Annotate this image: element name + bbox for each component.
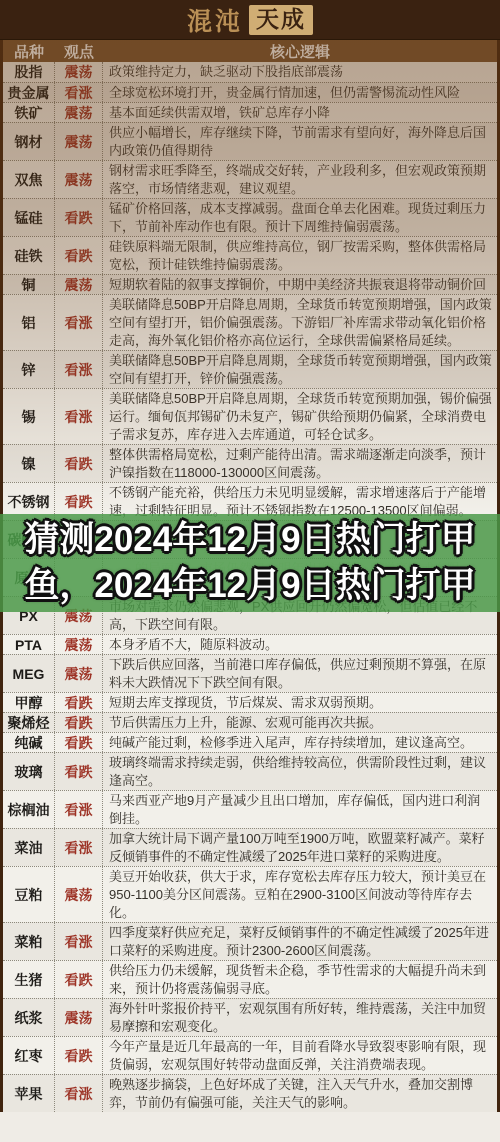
variety-cell: 菜油 xyxy=(3,829,55,866)
view-cell: 看跌 xyxy=(55,733,103,752)
core-logic-cell: 四季度菜籽供应充足，菜籽反倾销事件的不确定性减缓了2025年进口菜籽的采购进度。… xyxy=(103,923,497,960)
core-logic-cell: 供给压力仍未缓解，现货暂未企稳，季节性需求的大幅提升尚未到来，预计仍将震荡偏弱寻… xyxy=(103,961,497,998)
table-row: 锌看涨美联储降息50BP开启降息周期，全球货币转宽预期增强，国内政策空间有望打开… xyxy=(3,350,497,388)
variety-cell: 玻璃 xyxy=(3,753,55,790)
variety-cell: MEG xyxy=(3,655,55,692)
table-row: 生猪看跌供给压力仍未缓解，现货暂未企稳，季节性需求的大幅提升尚未到来，预计仍将震… xyxy=(3,960,497,998)
table-row: 豆粕震荡美豆开始收获，供大于求，库存宽松去库存压力较大，预计美豆在950-110… xyxy=(3,866,497,922)
variety-cell: 纯碱 xyxy=(3,733,55,752)
table-row: 双焦震荡钢材需求旺季降至，终端成交好转，产业段利多，但宏观政策预期落空，市场情绪… xyxy=(3,160,497,198)
core-logic-cell: 美联储降息50BP开启降息周期，全球货币转宽预期增强，国内政策空间有望打开，锌价… xyxy=(103,351,497,388)
table-row: 甲醇看跌短期去库支撑现货，节后煤炭、需求双弱预期。 xyxy=(3,692,497,712)
table-row: 铜震荡短期软着陆的叙事支撑铜价，中期中美经济共振衰退将带动铜价回落 xyxy=(3,274,497,294)
watermark-overlay: 猜测2024年12月9日热门打甲 鱼，2024年12月9日热门打甲 xyxy=(0,514,500,612)
variety-cell: 生猪 xyxy=(3,961,55,998)
table-row: 菜粕看涨四季度菜籽供应充足，菜籽反倾销事件的不确定性减缓了2025年进口菜籽的采… xyxy=(3,922,497,960)
view-cell: 看跌 xyxy=(55,445,103,482)
core-logic-cell: 下跌后供应回落，当前港口库存偏低，供应过剩预期不算强，在原料未大跌情况下下跌空间… xyxy=(103,655,497,692)
variety-cell: 贵金属 xyxy=(3,83,55,102)
view-cell: 震荡 xyxy=(55,275,103,294)
core-logic-cell: 短期去库支撑现货，节后煤炭、需求双弱预期。 xyxy=(103,693,497,712)
core-logic-cell: 马来西亚产地9月产量减少且出口增加，库存偏低，国内进口利润倒挂。 xyxy=(103,791,497,828)
variety-cell: 铁矿 xyxy=(3,103,55,122)
variety-cell: 甲醇 xyxy=(3,693,55,712)
table-row: 菜油看涨加拿大统计局下调产量100万吨至1900万吨，欧盟菜籽减产。菜籽反倾销事… xyxy=(3,828,497,866)
core-logic-cell: 供应小幅增长，库存继续下降，节前需求有望向好，海外降息后国内政策仍值得期待 xyxy=(103,123,497,160)
core-logic-cell: 海外针叶浆报价持平，宏观氛围有所好转，维持震荡，关注中加贸易摩擦和宏观变化。 xyxy=(103,999,497,1036)
view-cell: 看涨 xyxy=(55,791,103,828)
brand-banner: 混沌 天成 xyxy=(0,0,500,40)
view-cell: 看涨 xyxy=(55,295,103,350)
core-logic-cell: 基本面延续供需双增，铁矿总库存小降 xyxy=(103,103,497,122)
table-row: MEG震荡下跌后供应回落，当前港口库存偏低，供应过剩预期不算强，在原料未大跌情况… xyxy=(3,654,497,692)
table-row: 锰硅看跌锰矿价格回落，成本支撑减弱。盘面仓单去化困难。现货过剩压力下，节前补库动… xyxy=(3,198,497,236)
watermark-line1: 猜测2024年12月9日热门打甲 xyxy=(24,517,475,563)
variety-cell: 锌 xyxy=(3,351,55,388)
table-row: PTA震荡本身矛盾不大，随原料波动。 xyxy=(3,634,497,654)
variety-cell: 钢材 xyxy=(3,123,55,160)
table-row: 铝看涨美联储降息50BP开启降息周期，全球货币转宽预期增强，国内政策空间有望打开… xyxy=(3,294,497,350)
variety-cell: 硅铁 xyxy=(3,237,55,274)
view-cell: 震荡 xyxy=(55,867,103,922)
core-logic-cell: 晚熟逐步摘袋，上色好坏成了关键，注入天气升水，叠加交割博弈，节前仍有偏强可能，关… xyxy=(103,1075,497,1112)
variety-cell: 聚烯烃 xyxy=(3,713,55,732)
variety-cell: 苹果 xyxy=(3,1075,55,1112)
core-logic-cell: 玻璃终端需求持续走弱，供给维持较高位，供需阶段性过剩，建议逢高空。 xyxy=(103,753,497,790)
table-row: 棕榈油看涨马来西亚产地9月产量减少且出口增加，库存偏低，国内进口利润倒挂。 xyxy=(3,790,497,828)
core-logic-cell: 美联储降息50BP开启降息周期，全球货币转宽预期加强，锡价偏强运行。缅甸佤邦锡矿… xyxy=(103,389,497,444)
header-core-logic: 核心逻辑 xyxy=(103,41,497,62)
table-row: 铁矿震荡基本面延续供需双增，铁矿总库存小降 xyxy=(3,102,497,122)
core-logic-cell: 短期软着陆的叙事支撑铜价，中期中美经济共振衰退将带动铜价回落 xyxy=(103,275,497,294)
variety-cell: 锰硅 xyxy=(3,199,55,236)
core-logic-cell: 锰矿价格回落，成本支撑减弱。盘面仓单去化困难。现货过剩压力下，节前补库动作也有限… xyxy=(103,199,497,236)
table-row: 股指震荡政策维持定力，缺乏驱动下股指底部震荡 xyxy=(3,62,497,82)
view-cell: 震荡 xyxy=(55,635,103,654)
view-cell: 震荡 xyxy=(55,103,103,122)
view-cell: 看涨 xyxy=(55,923,103,960)
variety-cell: 棕榈油 xyxy=(3,791,55,828)
brand-logo-seal: 天成 xyxy=(249,5,313,35)
table-row: 镍看跌整体供需格局宽松，过剩产能待出清。需求端逐渐走向淡季，预计沪镍指数在118… xyxy=(3,444,497,482)
variety-cell: 股指 xyxy=(3,62,55,82)
view-cell: 震荡 xyxy=(55,62,103,82)
core-logic-cell: 硅铁原料端无限制，供应维持高位，钢厂按需采购，整体供需格局宽松，预计硅铁维持偏弱… xyxy=(103,237,497,274)
view-cell: 看涨 xyxy=(55,351,103,388)
table-row: 纯碱看跌纯碱产能过剩，检修季进入尾声，库存持续增加，建议逢高空。 xyxy=(3,732,497,752)
core-logic-cell: 今年产量是近几年最高的一年，目前看降水导致裂枣影响有限，现货偏弱，宏观氛围好转带… xyxy=(103,1037,497,1074)
core-logic-cell: 钢材需求旺季降至，终端成交好转，产业段利多，但宏观政策预期落空，市场情绪悲观，建… xyxy=(103,161,497,198)
core-logic-cell: 本身矛盾不大，随原料波动。 xyxy=(103,635,497,654)
variety-cell: 锡 xyxy=(3,389,55,444)
table-row: 苹果看涨晚熟逐步摘袋，上色好坏成了关键，注入天气升水，叠加交割博弈，节前仍有偏强… xyxy=(3,1074,497,1112)
table-row: 红枣看跌今年产量是近几年最高的一年，目前看降水导致裂枣影响有限，现货偏弱，宏观氛… xyxy=(3,1036,497,1074)
view-cell: 看跌 xyxy=(55,713,103,732)
watermark-line2: 鱼，2024年12月9日热门打甲 xyxy=(24,563,475,609)
table-row: 锡看涨美联储降息50BP开启降息周期，全球货币转宽预期加强，锡价偏强运行。缅甸佤… xyxy=(3,388,497,444)
view-cell: 看涨 xyxy=(55,1075,103,1112)
variety-cell: 豆粕 xyxy=(3,867,55,922)
variety-cell: 铜 xyxy=(3,275,55,294)
table-header: 品种 观点 核心逻辑 xyxy=(0,40,500,62)
core-logic-cell: 全球宽松环境打开，贵金属行情加速，但仍需警惕流动性风险 xyxy=(103,83,497,102)
view-cell: 看跌 xyxy=(55,199,103,236)
table-row: 钢材震荡供应小幅增长，库存继续下降，节前需求有望向好，海外降息后国内政策仍值得期… xyxy=(3,122,497,160)
view-cell: 看涨 xyxy=(55,829,103,866)
variety-cell: 镍 xyxy=(3,445,55,482)
table-row: 贵金属看涨全球宽松环境打开，贵金属行情加速，但仍需警惕流动性风险 xyxy=(3,82,497,102)
view-cell: 看跌 xyxy=(55,753,103,790)
table-row: 硅铁看跌硅铁原料端无限制，供应维持高位，钢厂按需采购，整体供需格局宽松，预计硅铁… xyxy=(3,236,497,274)
view-cell: 看涨 xyxy=(55,389,103,444)
core-logic-cell: 美豆开始收获，供大于求，库存宽松去库存压力较大，预计美豆在950-1100美分区… xyxy=(103,867,497,922)
variety-cell: PTA xyxy=(3,635,55,654)
core-logic-cell: 政策维持定力，缺乏驱动下股指底部震荡 xyxy=(103,62,497,82)
view-cell: 震荡 xyxy=(55,161,103,198)
view-cell: 看涨 xyxy=(55,83,103,102)
view-cell: 震荡 xyxy=(55,655,103,692)
core-logic-cell: 节后供需压力上升，能源、宏观可能再次共振。 xyxy=(103,713,497,732)
variety-cell: 红枣 xyxy=(3,1037,55,1074)
core-logic-cell: 美联储降息50BP开启降息周期，全球货币转宽预期增强，国内政策空间有望打开，铝价… xyxy=(103,295,497,350)
header-variety: 品种 xyxy=(3,41,55,62)
variety-cell: 双焦 xyxy=(3,161,55,198)
table-row: 玻璃看跌玻璃终端需求持续走弱，供给维持较高位，供需阶段性过剩，建议逢高空。 xyxy=(3,752,497,790)
view-cell: 看跌 xyxy=(55,693,103,712)
variety-cell: 纸浆 xyxy=(3,999,55,1036)
brand-logo-text: 混沌 xyxy=(187,2,243,38)
variety-cell: 铝 xyxy=(3,295,55,350)
core-logic-cell: 纯碱产能过剩，检修季进入尾声，库存持续增加，建议逢高空。 xyxy=(103,733,497,752)
view-cell: 看跌 xyxy=(55,237,103,274)
view-cell: 看跌 xyxy=(55,1037,103,1074)
view-cell: 震荡 xyxy=(55,999,103,1036)
header-view: 观点 xyxy=(55,41,103,62)
view-cell: 震荡 xyxy=(55,123,103,160)
futures-commentary-screen: 混沌 天成 品种 观点 核心逻辑 股指震荡政策维持定力，缺乏驱动下股指底部震荡贵… xyxy=(0,0,500,1142)
table-row: 纸浆震荡海外针叶浆报价持平，宏观氛围有所好转，维持震荡，关注中加贸易摩擦和宏观变… xyxy=(3,998,497,1036)
variety-cell: 菜粕 xyxy=(3,923,55,960)
core-logic-cell: 整体供需格局宽松，过剩产能待出清。需求端逐渐走向淡季，预计沪镍指数在118000… xyxy=(103,445,497,482)
core-logic-cell: 加拿大统计局下调产量100万吨至1900万吨，欧盟菜籽减产。菜籽反倾销事件的不确… xyxy=(103,829,497,866)
table-row: 聚烯烃看跌节后供需压力上升，能源、宏观可能再次共振。 xyxy=(3,712,497,732)
view-cell: 看跌 xyxy=(55,961,103,998)
